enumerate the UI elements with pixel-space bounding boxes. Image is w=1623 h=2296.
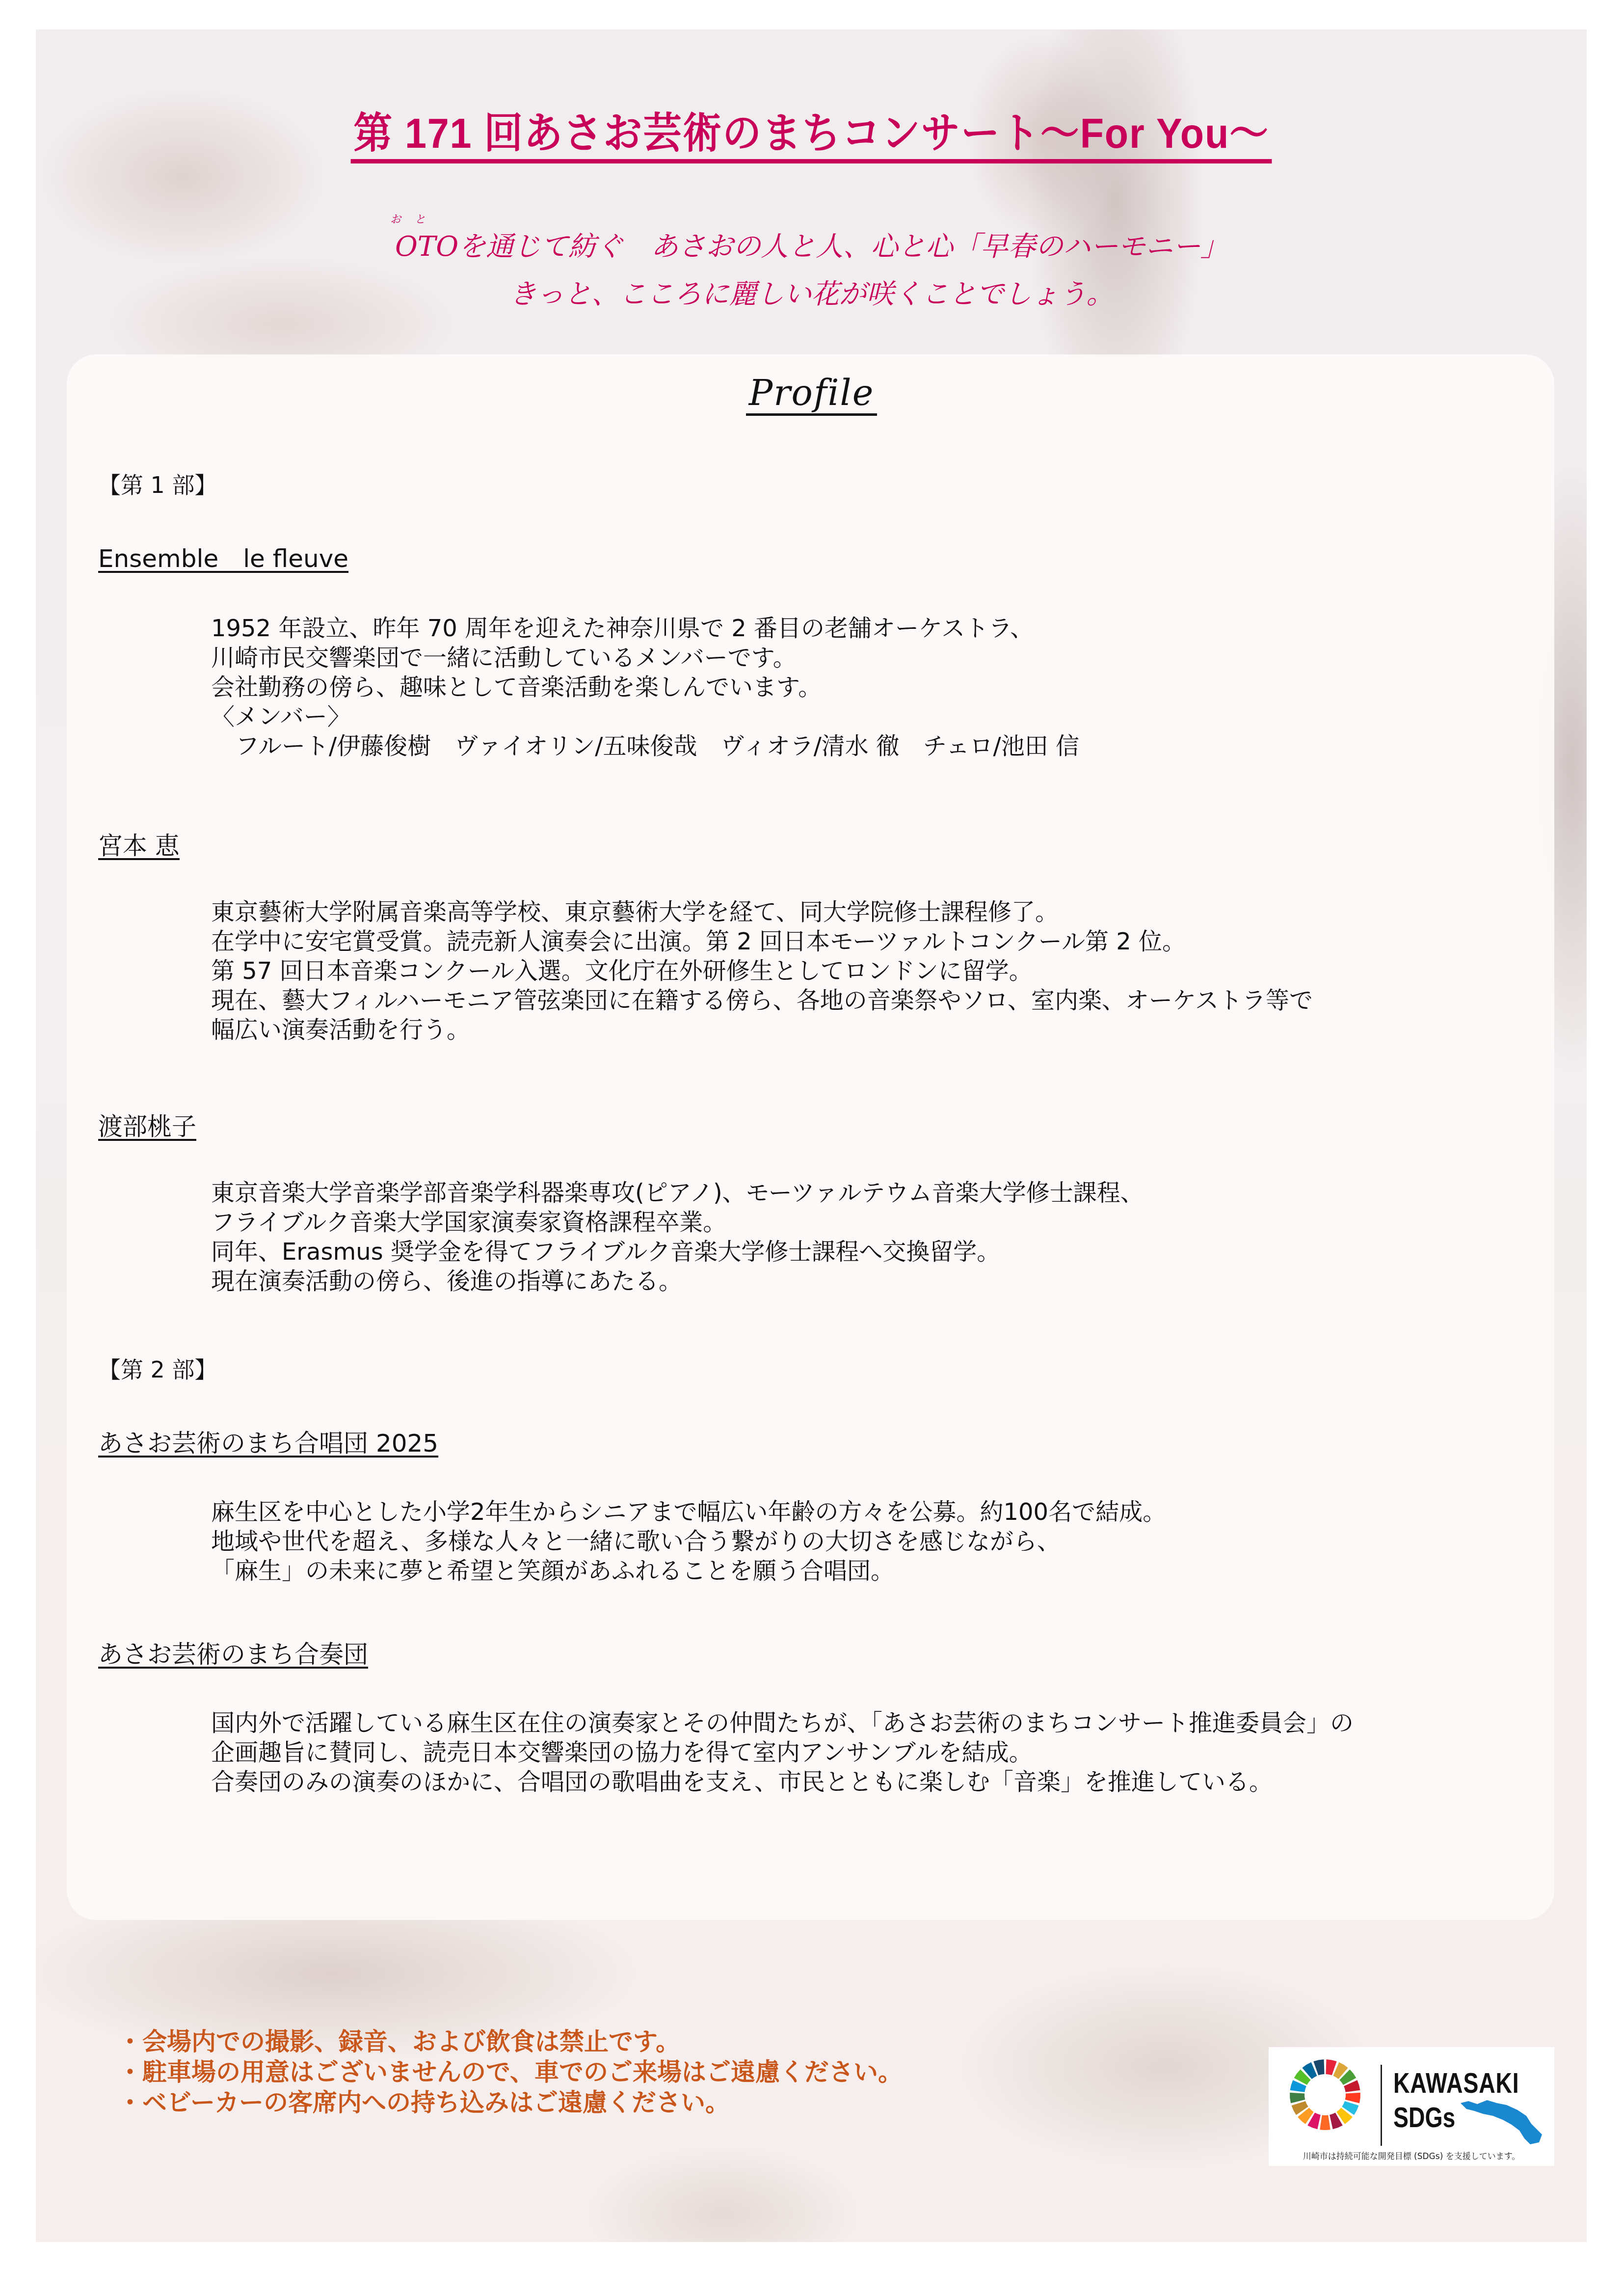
bio-line: 麻生区を中心とした小学2年生からシニアまで幅広い年齢の方々を公募。約100名で結…: [211, 1497, 1166, 1527]
profile-heading-wrap: Profile: [0, 373, 1623, 416]
bio-line: 同年、Erasmus 奨学金を得てフライブルク音楽大学修士課程へ交換留学。: [211, 1237, 1144, 1267]
logo-caption: 川崎市は持続可能な開発目標 (SDGs) を支援しています。: [1269, 2151, 1554, 2162]
bio-line: 在学中に安宅賞受賞。読売新人演奏会に出演。第 2 回日本モーツァルトコンクール第…: [211, 927, 1313, 956]
bio-line: 第 57 回日本音楽コンクール入選。文化庁在外研修生としてロンドンに留学。: [211, 956, 1313, 986]
logo-brand-sdgs: SDGs: [1393, 2103, 1455, 2133]
bio-line: 〈メンバー〉: [211, 702, 1079, 731]
kawasaki-map-icon: [1458, 2096, 1546, 2145]
notice-no-parking: ・駐車場の用意はございませんので、車でのご来場はご遠慮ください。: [118, 2057, 903, 2087]
page-title-wrap: 第 171 回あさお芸術のまちコンサート〜For You〜: [0, 109, 1623, 163]
performer-name-ensemble: Ensemble le fleuve: [98, 544, 348, 573]
bio-line: 国内外で活躍している麻生区在住の演奏家とその仲間たちが、「あさお芸術のまちコンサ…: [211, 1708, 1354, 1738]
profile-card: [67, 354, 1554, 1920]
performer-name-watanabe: 渡部桃子: [98, 1112, 196, 1141]
bio-line: フライブルク音楽大学国家演奏家資格課程卒業。: [211, 1208, 1144, 1237]
subtitle-line-1: OTOを通じて紡ぐ あさおの人と人、心と心「早春のハーモニー」: [0, 230, 1623, 264]
performer-name-choir: あさお芸術のまち合唱団 2025: [98, 1429, 438, 1458]
logo-divider: [1381, 2065, 1382, 2146]
performer-name-ensemble-band: あさお芸術のまち合奏団: [98, 1640, 368, 1669]
kawasaki-sdgs-logo: KAWASAKI SDGs 川崎市は持続可能な開発目標 (SDGs) を支援して…: [1269, 2047, 1554, 2166]
section-label-part2: 【第 2 部】: [98, 1356, 217, 1383]
bio-line: 川崎市民交響楽団で一緒に活動しているメンバーです。: [211, 643, 1079, 673]
performer-bio-ensemble-band: 国内外で活躍している麻生区在住の演奏家とその仲間たちが、「あさお芸術のまちコンサ…: [211, 1708, 1354, 1797]
profile-heading: Profile: [746, 373, 878, 416]
performer-bio-miyamoto: 東京藝術大学附属音楽高等学校、東京藝術大学を経て、同大学院修士課程修了。 在学中…: [211, 897, 1313, 1045]
subtitle-line-2: きっと、こころに麗しい花が咲くことでしょう。: [0, 277, 1623, 312]
venue-notices: ・会場内での撮影、録音、および飲食は禁止です。 ・駐車場の用意はございませんので…: [118, 2026, 903, 2118]
bio-line: 東京藝術大学附属音楽高等学校、東京藝術大学を経て、同大学院修士課程修了。: [211, 897, 1313, 927]
bio-line: 幅広い演奏活動を行う。: [211, 1015, 1313, 1045]
bio-line: 合奏団のみの演奏のほかに、合唱団の歌唱曲を支え、市民とともに楽しむ「音楽」を推進…: [211, 1767, 1354, 1797]
sdgs-wheel-icon: [1288, 2058, 1362, 2132]
performer-name-miyamoto: 宮本 恵: [98, 831, 180, 861]
bio-line: 現在演奏活動の傍ら、後進の指導にあたる。: [211, 1267, 1144, 1296]
performer-bio-choir: 麻生区を中心とした小学2年生からシニアまで幅広い年齢の方々を公募。約100名で結…: [211, 1497, 1166, 1586]
performer-bio-watanabe: 東京音楽大学音楽学部音楽学科器楽専攻(ピアノ)、モーツァルテウム音楽大学修士課程…: [211, 1178, 1144, 1296]
page-title: 第 171 回あさお芸術のまちコンサート〜For You〜: [351, 109, 1272, 163]
ruby-o: お: [390, 211, 401, 226]
notice-no-recording: ・会場内での撮影、録音、および飲食は禁止です。: [118, 2026, 903, 2057]
ruby-to: と: [415, 211, 426, 226]
bio-line: 企画趣旨に賛同し、読売日本交響楽団の協力を得て室内アンサンブルを結成。: [211, 1738, 1354, 1767]
notice-no-strollers: ・ベビーカーの客席内への持ち込みはご遠慮ください。: [118, 2087, 903, 2118]
bio-line: 地域や世代を超え、多様な人々と一緒に歌い合う繋がりの大切さを感じながら、: [211, 1527, 1166, 1556]
bio-line: 現在、藝大フィルハーモニア管弦楽団に在籍する傍ら、各地の音楽祭やソロ、室内楽、オ…: [211, 986, 1313, 1015]
bio-line: 1952 年設立、昨年 70 周年を迎えた神奈川県で 2 番目の老舗オーケストラ…: [211, 614, 1079, 643]
bio-line: 「麻生」の未来に夢と希望と笑顔があふれることを願う合唱団。: [211, 1556, 1166, 1586]
performer-bio-ensemble: 1952 年設立、昨年 70 周年を迎えた神奈川県で 2 番目の老舗オーケストラ…: [211, 614, 1079, 761]
logo-brand-kawasaki: KAWASAKI: [1393, 2069, 1519, 2098]
section-label-part1: 【第 1 部】: [98, 471, 217, 499]
bio-line: 東京音楽大学音楽学部音楽学科器楽専攻(ピアノ)、モーツァルテウム音楽大学修士課程…: [211, 1178, 1144, 1208]
bio-line: 会社勤務の傍ら、趣味として音楽活動を楽しんでいます。: [211, 673, 1079, 702]
member-list: フルート/伊藤俊樹 ヴァイオリン/五味俊哉 ヴィオラ/清水 徹 チェロ/池田 信: [211, 731, 1079, 761]
